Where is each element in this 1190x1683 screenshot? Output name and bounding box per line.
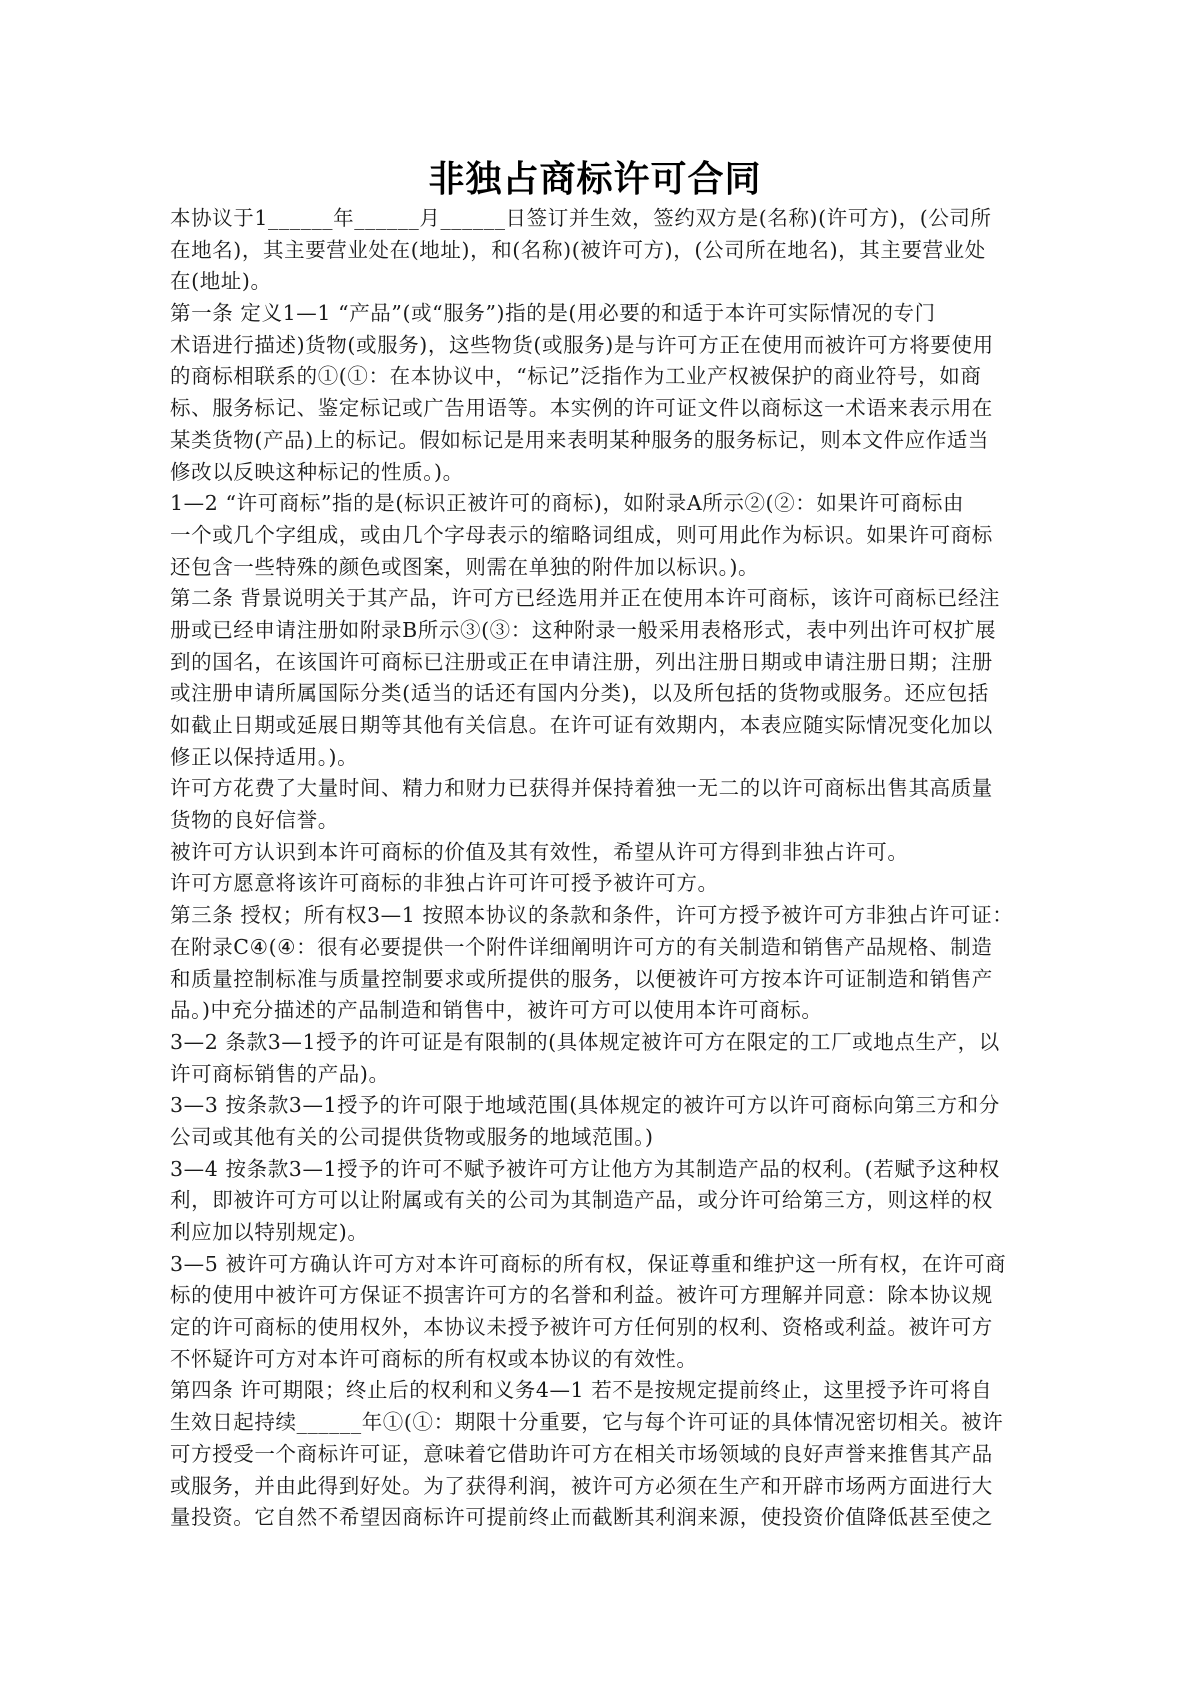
text-line: 在(地址)。 [170, 266, 1020, 298]
text-line: 本协议于1______年______月______日签订并生效，签约双方是(名称… [170, 203, 1020, 235]
text-line: 一个或几个字组成，或由几个字母表示的缩略词组成，则可用此作为标识。如果许可商标 [170, 520, 1020, 552]
text-line: 册或已经申请注册如附录B所示③(③：这种附录一般采用表格形式，表中列出许可权扩展 [170, 615, 1020, 647]
text-line: 3—4 按条款3—1授予的许可不赋予被许可方让他方为其制造产品的权利。(若赋予这… [170, 1154, 1020, 1186]
document-page: 非独占商标许可合同 本协议于1______年______月______日签订并生… [0, 0, 1190, 1683]
text-line: 在附录C④(④：很有必要提供一个附件详细阐明许可方的有关制造和销售产品规格、制造 [170, 932, 1020, 964]
text-line: 货物的良好信誉。 [170, 805, 1020, 837]
text-line: 可方授受一个商标许可证，意味着它借助许可方在相关市场领域的良好声誉来推售其产品 [170, 1439, 1020, 1471]
text-line: 公司或其他有关的公司提供货物或服务的地域范围。) [170, 1122, 1020, 1154]
text-line: 标、服务标记、鉴定标记或广告用语等。本实例的许可证文件以商标这一术语来表示用在 [170, 393, 1020, 425]
text-line: 或注册申请所属国际分类(适当的话还有国内分类)，以及所包括的货物或服务。还应包括 [170, 678, 1020, 710]
text-line: 利，即被许可方可以让附属或有关的公司为其制造产品，或分许可给第三方，则这样的权 [170, 1185, 1020, 1217]
text-line: 如截止日期或延展日期等其他有关信息。在许可证有效期内，本表应随实际情况变化加以 [170, 710, 1020, 742]
text-line: 生效日起持续______年①(①：期限十分重要，它与每个许可证的具体情况密切相关… [170, 1407, 1020, 1439]
text-line: 某类货物(产品)上的标记。假如标记是用来表明某种服务的服务标记，则本文件应作适当 [170, 425, 1020, 457]
text-line: 第一条 定义1—1 “产品”(或“服务”)指的是(用必要的和适于本许可实际情况的… [170, 298, 1020, 330]
text-line: 3—2 条款3—1授予的许可证是有限制的(具体规定被许可方在限定的工厂或地点生产… [170, 1027, 1020, 1059]
text-line: 在地名)，其主要营业处在(地址)，和(名称)(被许可方)，(公司所在地名)，其主… [170, 235, 1020, 267]
text-line: 被许可方认识到本许可商标的价值及其有效性，希望从许可方得到非独占许可。 [170, 837, 1020, 869]
text-line: 修正以保持适用。)。 [170, 742, 1020, 774]
text-line: 许可方花费了大量时间、精力和财力已获得并保持着独一无二的以许可商标出售其高质量 [170, 773, 1020, 805]
text-line: 的商标相联系的①(①：在本协议中，“标记”泛指作为工业产权被保护的商业符号，如商 [170, 361, 1020, 393]
text-line: 不怀疑许可方对本许可商标的所有权或本协议的有效性。 [170, 1344, 1020, 1376]
text-line: 许可方愿意将该许可商标的非独占许可许可授予被许可方。 [170, 868, 1020, 900]
text-line: 第三条 授权；所有权3—1 按照本协议的条款和条件，许可方授予被许可方非独占许可… [170, 900, 1020, 932]
text-line: 到的国名，在该国许可商标已注册或正在申请注册，列出注册日期或申请注册日期；注册 [170, 647, 1020, 679]
text-line: 许可商标销售的产品)。 [170, 1059, 1020, 1091]
text-line: 3—5 被许可方确认许可方对本许可商标的所有权，保证尊重和维护这一所有权，在许可… [170, 1249, 1020, 1281]
text-line: 品。)中充分描述的产品制造和销售中，被许可方可以使用本许可商标。 [170, 995, 1020, 1027]
text-line: 3—3 按条款3—1授予的许可限于地域范围(具体规定的被许可方以许可商标向第三方… [170, 1090, 1020, 1122]
document-body: 本协议于1______年______月______日签订并生效，签约双方是(名称… [170, 203, 1020, 1534]
text-line: 第二条 背景说明关于其产品，许可方已经选用并正在使用本许可商标，该许可商标已经注 [170, 583, 1020, 615]
text-line: 或服务，并由此得到好处。为了获得利润，被许可方必须在生产和开辟市场两方面进行大 [170, 1471, 1020, 1503]
document-title: 非独占商标许可合同 [0, 156, 1190, 204]
text-line: 修改以反映这种标记的性质。)。 [170, 457, 1020, 489]
text-line: 标的使用中被许可方保证不损害许可方的名誉和利益。被许可方理解并同意：除本协议规 [170, 1280, 1020, 1312]
text-line: 第四条 许可期限；终止后的权利和义务4—1 若不是按规定提前终止，这里授予许可将… [170, 1375, 1020, 1407]
text-line: 定的许可商标的使用权外，本协议未授予被许可方任何别的权利、资格或利益。被许可方 [170, 1312, 1020, 1344]
text-line: 术语进行描述)货物(或服务)，这些物货(或服务)是与许可方正在使用而被许可方将要… [170, 330, 1020, 362]
text-line: 还包含一些特殊的颜色或图案，则需在单独的附件加以标识。)。 [170, 552, 1020, 584]
text-line: 和质量控制标准与质量控制要求或所提供的服务，以便被许可方按本许可证制造和销售产 [170, 964, 1020, 996]
text-line: 量投资。它自然不希望因商标许可提前终止而截断其利润来源，使投资价值降低甚至使之 [170, 1502, 1020, 1534]
text-line: 利应加以特别规定)。 [170, 1217, 1020, 1249]
text-line: 1—2 “许可商标”指的是(标识正被许可的商标)，如附录A所示②(②：如果许可商… [170, 488, 1020, 520]
